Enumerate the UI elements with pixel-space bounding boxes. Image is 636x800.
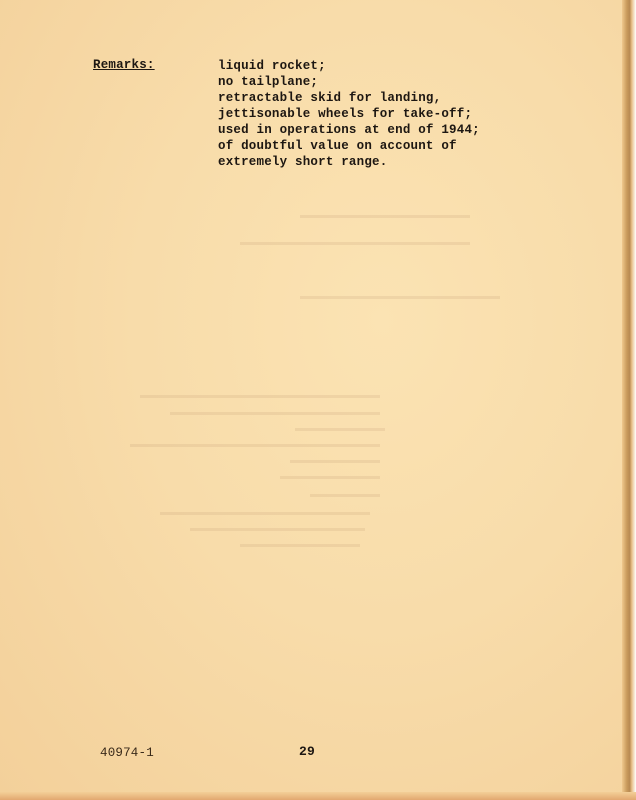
remarks-text: liquid rocket; no tailplane; retractable… <box>218 58 480 170</box>
document-code: 40974-1 <box>100 746 154 760</box>
remarks-line: extremely short range. <box>218 154 480 170</box>
remarks-line: used in operations at end of 1944; <box>218 122 480 138</box>
document-page: Remarks: liquid rocket; no tailplane; re… <box>0 0 636 800</box>
remarks-line: no tailplane; <box>218 74 480 90</box>
remarks-line: retractable skid for landing, <box>218 90 480 106</box>
remarks-label: Remarks: <box>93 58 155 72</box>
remarks-line: liquid rocket; <box>218 58 480 74</box>
remarks-line: jettisonable wheels for take-off; <box>218 106 480 122</box>
page-edge <box>622 0 636 800</box>
page-edge-bottom <box>0 792 636 800</box>
remarks-line: of doubtful value on account of <box>218 138 480 154</box>
page-number: 29 <box>299 744 315 759</box>
